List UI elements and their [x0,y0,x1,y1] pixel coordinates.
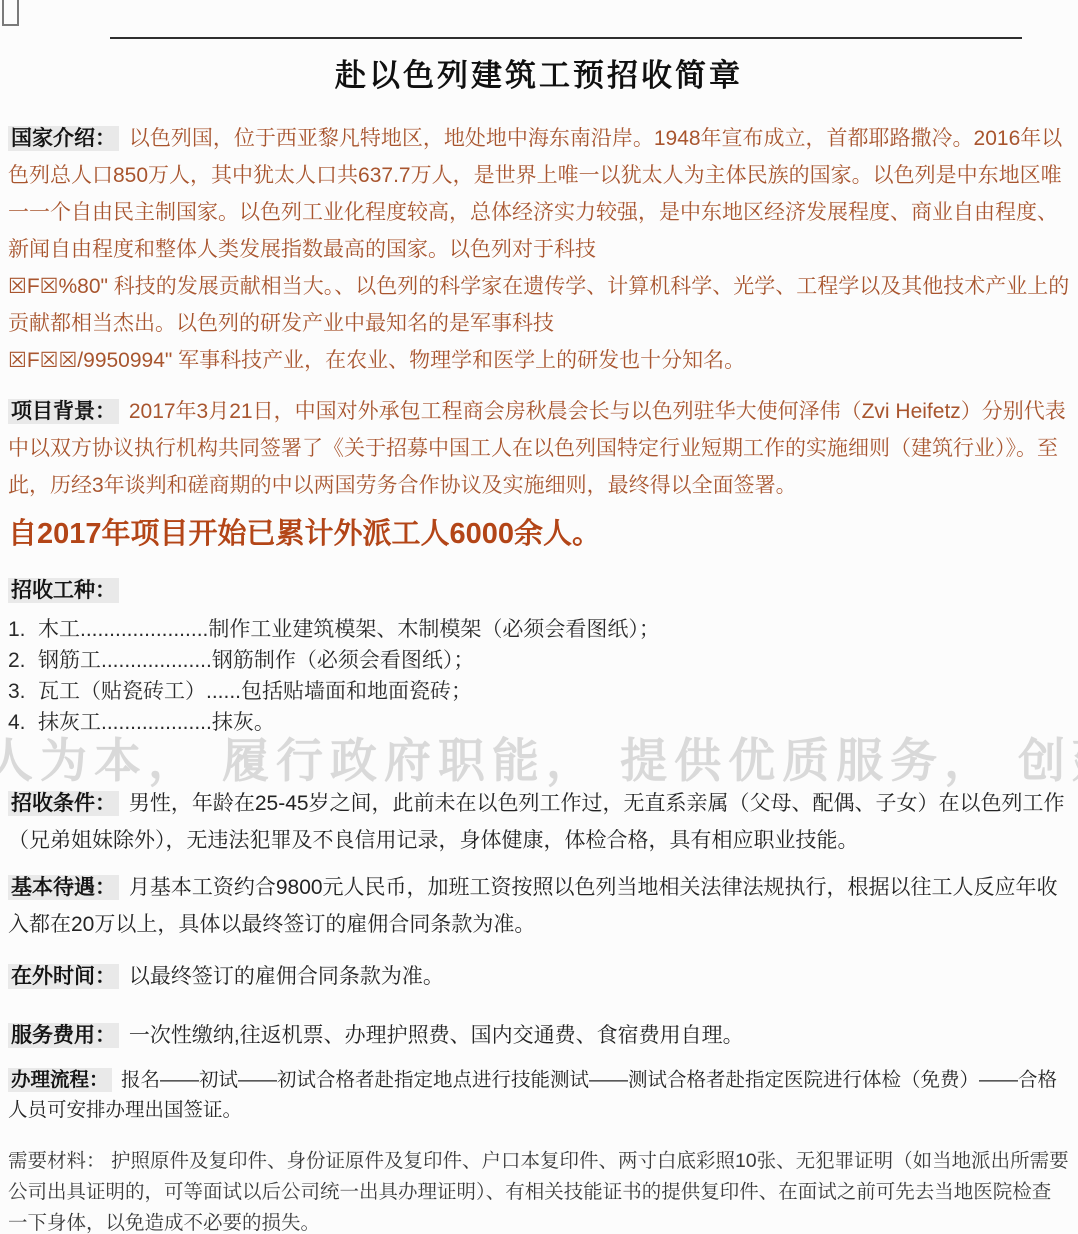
list-item-number: 4. [8,707,38,738]
process-label: 办理流程： [8,1068,112,1092]
list-item-number: 3. [8,676,38,707]
fees-label: 服务费用： [8,1023,119,1048]
list-item-number: 1. [8,614,38,645]
materials-text: 护照原件及复印件、身份证原件及复印件、户口本复印件、两寸白底彩照10张、无犯罪证… [8,1150,1069,1234]
section-duration: 在外时间： 以最终签订的雇佣合同条款为准。 [8,958,1070,995]
list-item-text: 木工......................制作工业建筑模架、木制模架（必须… [38,614,660,645]
conditions-label: 招收条件： [8,791,119,816]
conditions-text: 男性，年龄在25-45岁之间，此前未在以色列工作过，无直系亲属（父母、配偶、子女… [8,792,1065,852]
list-item-text: 钢筋工...................钢筋制作（必须会看图纸）； [38,645,474,676]
duration-text: 以最终签订的雇佣合同条款为准。 [129,965,444,988]
list-item-text: 抹灰工...................抹灰。 [38,707,275,738]
document-page: 赴以色列建筑工预招收简章 人为本， 履行政府职能， 提供优质服务， 创建— 国家… [0,0,1078,1234]
section-jobs: 招收工种： [8,576,1070,606]
list-item: 4. 抹灰工...................抹灰。 [8,707,1070,738]
document-body: 国家介绍： 以色列国，位于西亚黎凡特地区，地处地中海东南沿岸。1948年宣布成立… [8,120,1070,1234]
section-salary: 基本待遇： 月基本工资约合9800元人民币，加班工资按照以色列当地相关法律法规执… [8,869,1070,943]
project-background-label: 项目背景： [8,399,119,424]
country-intro-text-3: ☒F☒☒/9950994" 军事科技产业，在农业、物理学和医学上的研发也十分知名… [8,349,745,372]
duration-label: 在外时间： [8,964,119,989]
list-item: 3. 瓦工（贴瓷砖工）......包括贴墙面和地面瓷砖； [8,676,1070,707]
workers-count-headline: 自2017年项目开始已累计外派工人6000余人。 [8,514,1070,554]
country-intro-text-1: 以色列国，位于西亚黎凡特地区，地处地中海东南沿岸。1948年宣布成立，首都耶路撒… [8,127,1062,261]
project-background-text: 2017年3月21日，中国对外承包工程商会房秋晨会长与以色列驻华大使何泽伟（Zv… [8,400,1066,497]
title-divider-line [110,37,1022,39]
fees-text: 一次性缴纳,往返机票、办理护照费、国内交通费、食宿费用自理。 [129,1024,744,1047]
country-intro-label: 国家介绍： [8,126,119,151]
section-conditions: 招收条件： 男性，年龄在25-45岁之间，此前未在以色列工作过，无直系亲属（父母… [8,785,1070,859]
section-country-intro: 国家介绍： 以色列国，位于西亚黎凡特地区，地处地中海东南沿岸。1948年宣布成立… [8,120,1070,379]
list-item: 1. 木工......................制作工业建筑模架、木制模架… [8,614,1070,645]
section-process: 办理流程： 报名——初试——初试合格者赴指定地点进行技能测试——测试合格者赴指定… [8,1065,1070,1125]
page-title: 赴以色列建筑工预招收简章 [0,50,1078,95]
list-item-number: 2. [8,645,38,676]
section-materials: 需要材料： 护照原件及复印件、身份证原件及复印件、户口本复印件、两寸白底彩照10… [8,1146,1070,1234]
materials-label: 需要材料： [8,1150,106,1172]
section-fees: 服务费用： 一次性缴纳,往返机票、办理护照费、国内交通费、食宿费用自理。 [8,1017,1070,1054]
list-item-text: 瓦工（贴瓷砖工）......包括贴墙面和地面瓷砖； [38,676,472,707]
process-text: 报名——初试——初试合格者赴指定地点进行技能测试——测试合格者赴指定医院进行体检… [8,1069,1057,1121]
salary-label: 基本待遇： [8,875,119,900]
section-project-background: 项目背景： 2017年3月21日，中国对外承包工程商会房秋晨会长与以色列驻华大使… [8,393,1070,504]
scan-artifact-box [2,0,19,26]
list-item: 2. 钢筋工...................钢筋制作（必须会看图纸）； [8,645,1070,676]
country-intro-text-2: ☒F☒%80" 科技的发展贡献相当大。、以色列的科学家在遗传学、计算机科学、光学… [8,275,1069,335]
salary-text: 月基本工资约合9800元人民币，加班工资按照以色列当地相关法律法规执行，根据以往… [8,876,1058,936]
jobs-label: 招收工种： [8,578,119,603]
jobs-list: 1. 木工......................制作工业建筑模架、木制模架… [8,614,1070,738]
